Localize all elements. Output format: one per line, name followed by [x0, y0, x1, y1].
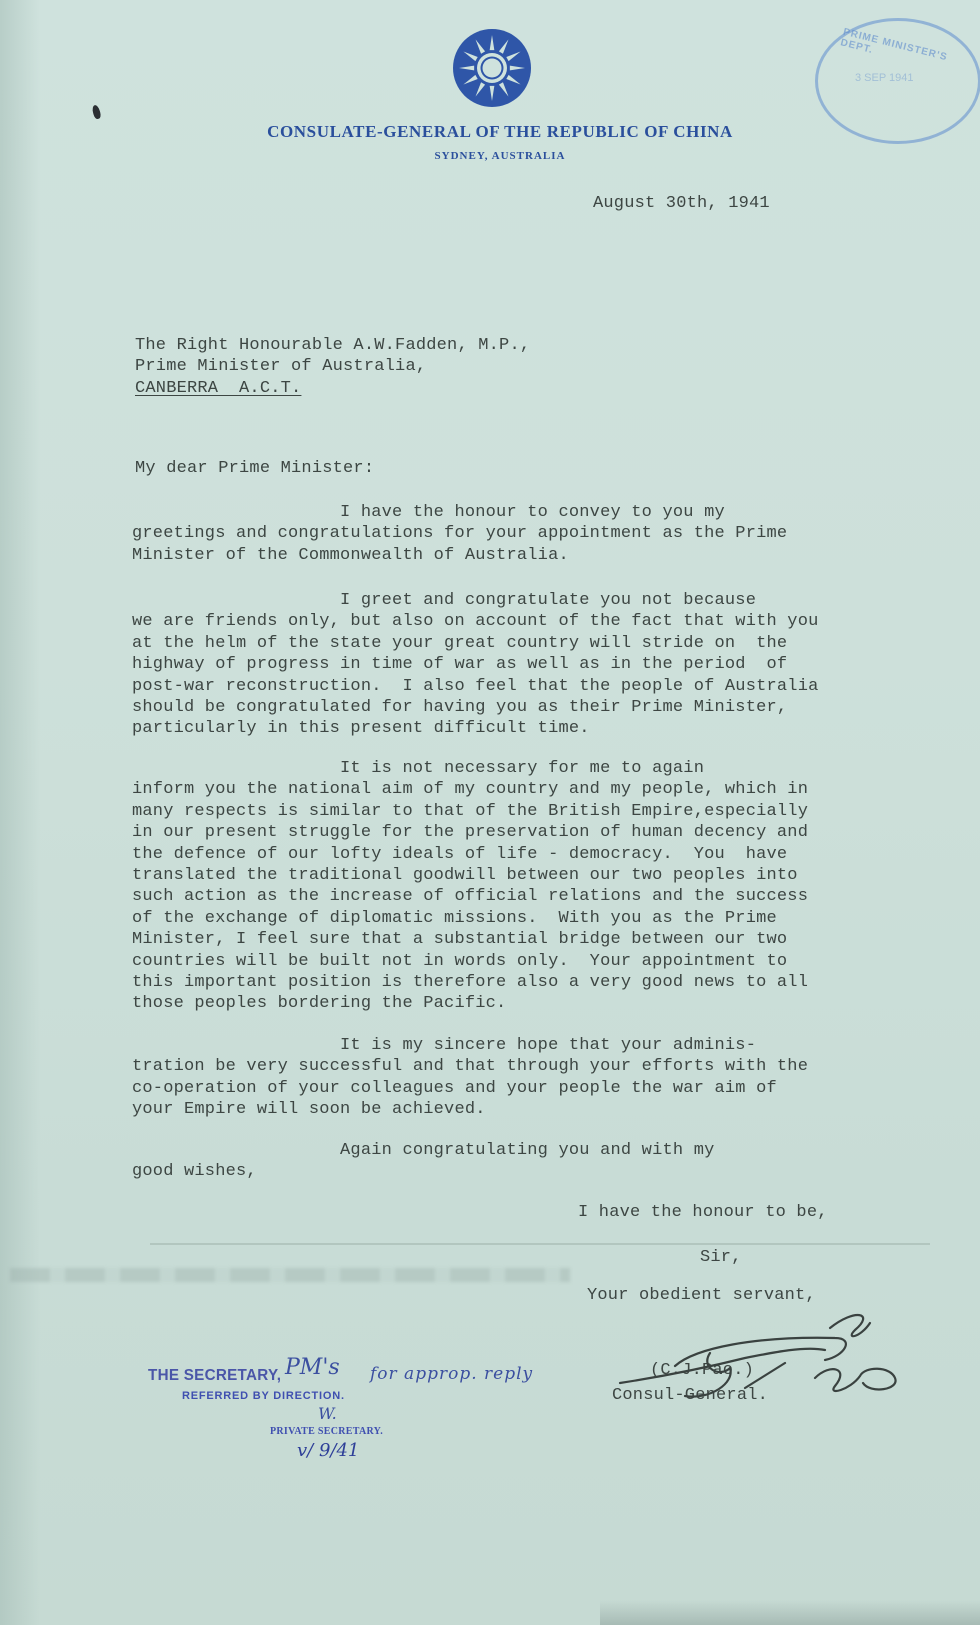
handwritten-initial: W. [318, 1404, 337, 1423]
ink-blot [91, 104, 101, 119]
recipient-address: The Right Honourable A.W.Fadden, M.P., P… [135, 335, 530, 399]
body-paragraph-2: I greet and congratulate you not because… [132, 590, 819, 740]
referral-stamp-direction: REFERRED BY DIRECTION. [182, 1390, 345, 1402]
body-paragraph-5: Again congratulating you and with my goo… [132, 1140, 715, 1183]
recipient-line-3: CANBERRA A.C.T. [135, 379, 301, 398]
letter-date: August 30th, 1941 [593, 193, 770, 214]
handwritten-date: v/ 9/41 [297, 1440, 359, 1461]
referral-stamp-private-secretary: PRIVATE SECRETARY. [270, 1426, 383, 1437]
closing-line-2: Sir, [700, 1247, 742, 1268]
show-through-text [10, 1268, 570, 1282]
salutation: My dear Prime Minister: [135, 458, 374, 479]
recipient-line-1: The Right Honourable A.W.Fadden, M.P., [135, 336, 530, 355]
body-paragraph-3: It is not necessary for me to again info… [132, 758, 808, 1015]
sun-emblem-icon [452, 28, 532, 108]
closing-line-1: I have the honour to be, [578, 1202, 828, 1223]
handwritten-signature [615, 1308, 915, 1418]
closing-line-3: Your obedient servant, [587, 1285, 816, 1306]
letter-page: CONSULATE-GENERAL OF THE REPUBLIC OF CHI… [0, 0, 980, 1625]
page-bottom-edge [600, 1600, 980, 1625]
body-paragraph-4: It is my sincere hope that your adminis-… [132, 1035, 808, 1121]
recipient-line-2: Prime Minister of Australia, [135, 357, 426, 376]
page-edge-shadow [0, 0, 40, 1625]
handwritten-note: for approp. reply [370, 1364, 533, 1384]
letterhead-subtitle: SYDNEY, AUSTRALIA [0, 150, 980, 162]
letterhead-title: CONSULATE-GENERAL OF THE REPUBLIC OF CHI… [0, 122, 980, 142]
body-paragraph-1: I have the honour to convey to you my gr… [132, 502, 787, 566]
referral-stamp-secretary: THE SECRETARY, [148, 1367, 281, 1385]
fold-line [150, 1243, 930, 1245]
handwritten-pm: PM's [285, 1355, 340, 1380]
received-stamp-date: 3 SEP 1941 [855, 72, 914, 84]
